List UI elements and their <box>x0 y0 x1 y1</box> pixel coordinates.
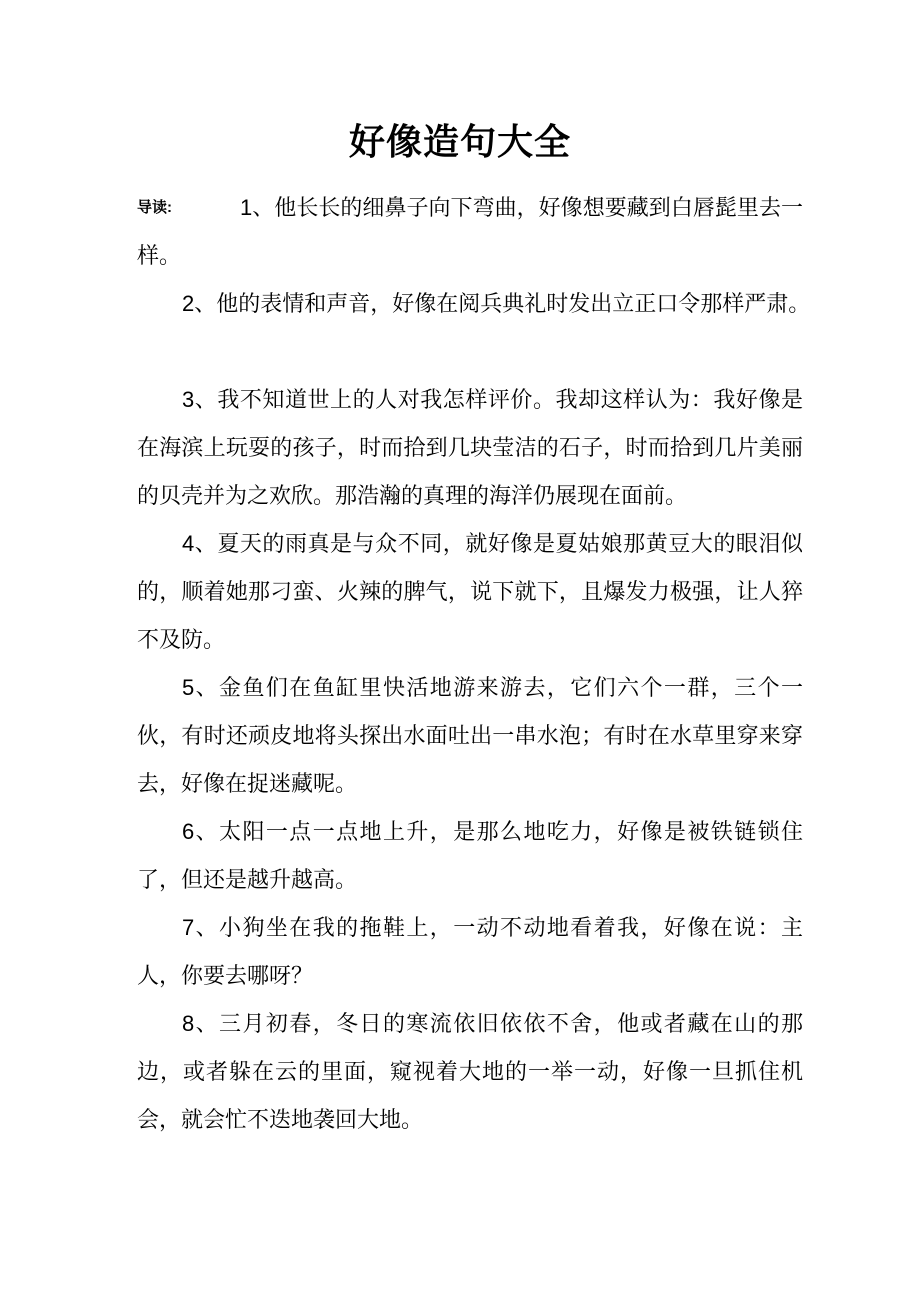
sentence-7: 7、小狗坐在我的拖鞋上，一动不动地看着我，好像在说：主人，你要去哪呀？ <box>137 904 803 1000</box>
page-title: 好像造句大全 <box>0 118 920 166</box>
sentence-3: 3、我不知道世上的人对我怎样评价。我却这样认为：我好像是在海滨上玩耍的孩子，时而… <box>137 376 803 520</box>
lead-label: 导读: <box>137 184 172 232</box>
sentence-5: 5、金鱼们在鱼缸里快活地游来游去，它们六个一群，三个一伙，有时还顽皮地将头探出水… <box>137 664 803 808</box>
lead-paragraph: 导读: 1、他长长的细鼻子向下弯曲，好像想要藏到白唇髭里去一样。 <box>137 184 803 280</box>
sentence-4: 4、夏天的雨真是与众不同，就好像是夏姑娘那黄豆大的眼泪似的，顺着她那刁蛮、火辣的… <box>137 520 803 664</box>
document-page: 好像造句大全 导读: 1、他长长的细鼻子向下弯曲，好像想要藏到白唇髭里去一样。 … <box>0 0 920 1302</box>
sentence-2: 2、他的表情和声音，好像在阅兵典礼时发出立正口令那样严肃。 <box>137 280 803 328</box>
sentence-6: 6、太阳一点一点地上升，是那么地吃力，好像是被铁链锁住了，但还是越升越高。 <box>137 808 803 904</box>
sentence-8: 8、三月初春，冬日的寒流依旧依依不舍，他或者藏在山的那边，或者躲在云的里面，窥视… <box>137 1000 803 1144</box>
sentence-1: 1、他长长的细鼻子向下弯曲，好像想要藏到白唇髭里去一样。 <box>137 184 803 280</box>
document-body: 导读: 1、他长长的细鼻子向下弯曲，好像想要藏到白唇髭里去一样。 2、他的表情和… <box>137 184 803 1144</box>
